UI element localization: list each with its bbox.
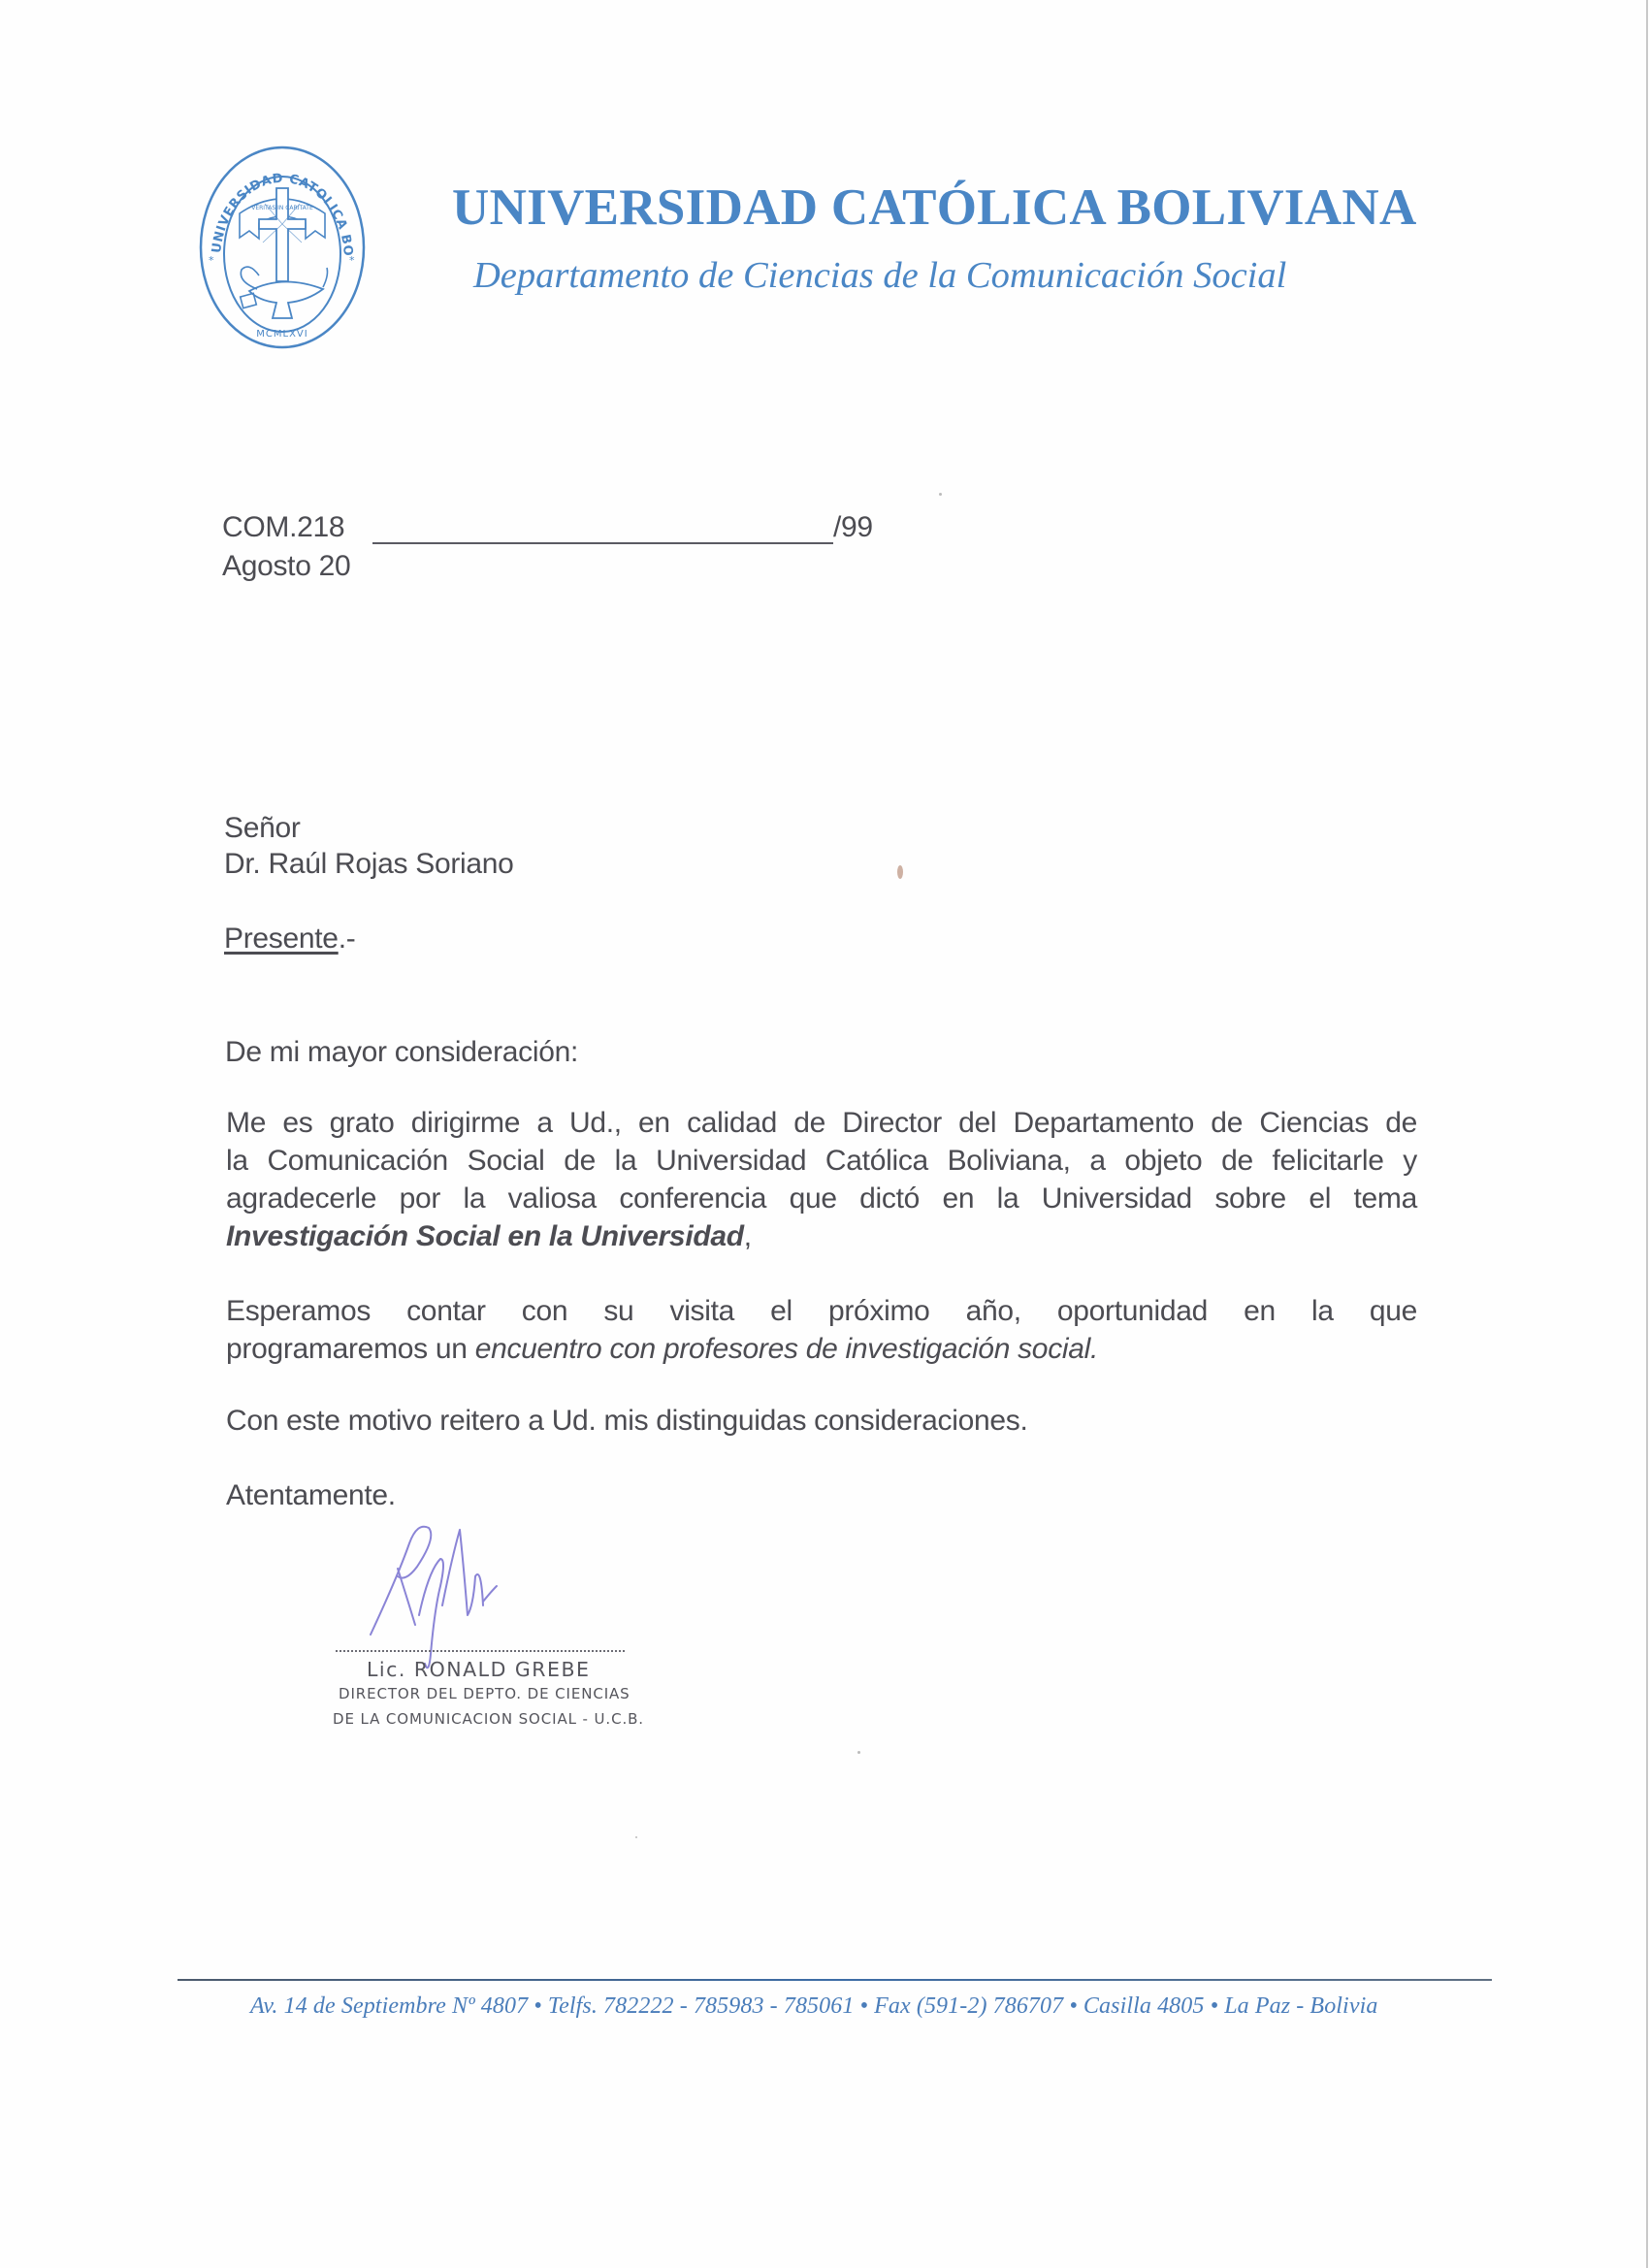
reference-code: COM.218 xyxy=(222,511,344,544)
paragraph-1: Me es grato dirigirme a Ud., en calidad … xyxy=(226,1104,1417,1255)
footer-rule xyxy=(178,1979,1492,1981)
reference-year: /99 xyxy=(833,511,873,544)
paragraph-2-line: Esperamos contar con su visita el próxim… xyxy=(226,1292,1417,1330)
paragraph-1-line: la Comunicación Social de la Universidad… xyxy=(226,1142,1417,1180)
recipient-name: Dr. Raúl Rojas Soriano xyxy=(224,848,514,881)
paragraph-1-line: Investigación Social en la Universidad, xyxy=(226,1217,1417,1255)
greeting: De mi mayor consideración: xyxy=(225,1036,578,1069)
letter-page: UNIVERSIDAD CATOLICA BOLIVIANA * * MCMLX… xyxy=(0,0,1649,2268)
signature-line xyxy=(336,1650,625,1652)
handwritten-signature-icon xyxy=(359,1508,563,1683)
scan-artifact xyxy=(939,493,942,496)
signatory-title-line-1: DIRECTOR DEL DEPTO. DE CIENCIAS xyxy=(339,1685,630,1702)
closing: Atentamente. xyxy=(226,1479,396,1512)
footer-address: Av. 14 de Septiembre Nº 4807 • Telfs. 78… xyxy=(250,1993,1377,2020)
presente-line: Presente.- xyxy=(224,923,355,956)
department-name: Departamento de Ciencias de la Comunicac… xyxy=(473,254,1286,297)
scan-artifact xyxy=(857,1751,860,1754)
svg-text:MCMLXVI: MCMLXVI xyxy=(256,329,307,340)
paragraph-2-line: programaremos un encuentro con profesore… xyxy=(226,1330,1417,1368)
scan-edge xyxy=(1646,0,1648,2268)
paragraph-1-line: agradecerle por la valiosa conferencia q… xyxy=(226,1180,1417,1217)
signatory-name: Lic. RONALD GREBE xyxy=(367,1658,590,1681)
svg-text:*: * xyxy=(209,254,214,267)
reference-blank-line xyxy=(372,542,833,544)
meeting-proposal: encuentro con profesores de investigació… xyxy=(475,1333,1098,1365)
recipient-title: Señor xyxy=(224,812,301,845)
university-name: UNIVERSIDAD CATÓLICA BOLIVIANA xyxy=(452,178,1369,237)
signatory-title-line-2: DE LA COMUNICACION SOCIAL - U.C.B. xyxy=(333,1710,644,1728)
paragraph-3: Con este motivo reitero a Ud. mis distin… xyxy=(226,1405,1028,1438)
university-seal-icon: UNIVERSIDAD CATOLICA BOLIVIANA * * MCMLX… xyxy=(199,146,366,349)
presente-suffix: .- xyxy=(339,923,356,955)
svg-text:*: * xyxy=(349,254,355,267)
paragraph-2: Esperamos contar con su visita el próxim… xyxy=(226,1292,1417,1368)
lecture-topic: Investigación Social en la Universidad xyxy=(226,1220,744,1252)
scan-artifact xyxy=(635,1836,637,1838)
paragraph-1-line: Me es grato dirigirme a Ud., en calidad … xyxy=(226,1104,1417,1142)
letter-date: Agosto 20 xyxy=(222,550,350,583)
scan-artifact xyxy=(897,865,903,879)
presente-word: Presente xyxy=(224,923,339,955)
svg-text:VERITAS IN CARITATE: VERITAS IN CARITATE xyxy=(251,205,313,211)
